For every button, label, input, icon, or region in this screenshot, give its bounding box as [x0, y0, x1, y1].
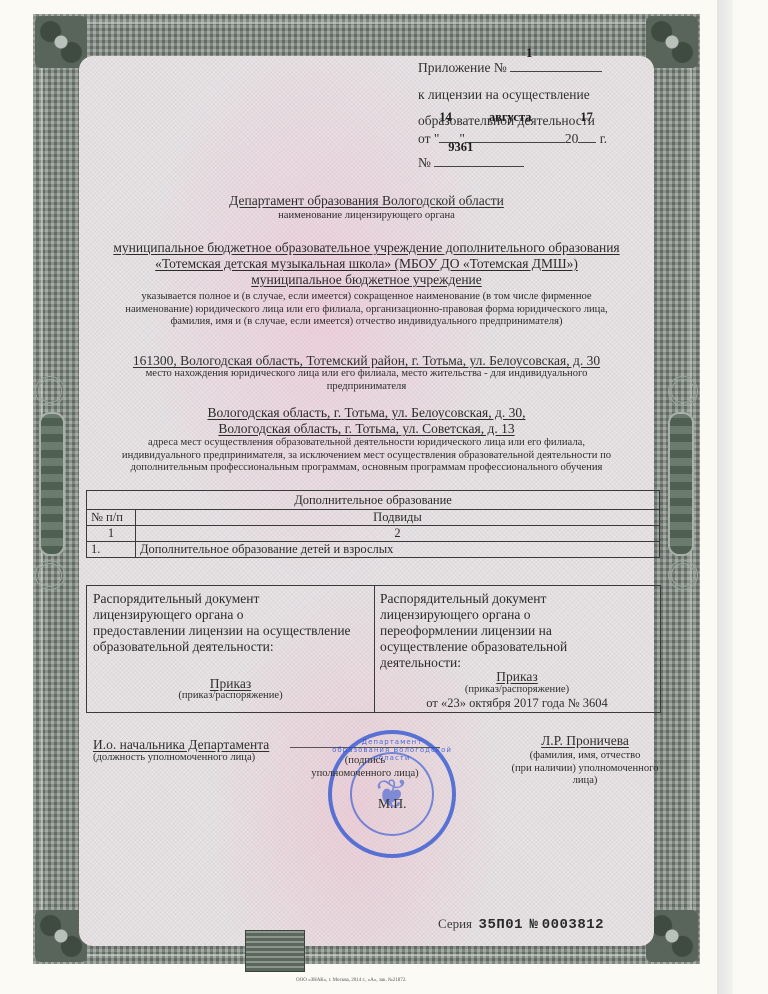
date-year: 17: [580, 111, 593, 124]
date-day: 14: [439, 111, 452, 124]
appendix-line: Приложение № 1: [418, 59, 602, 75]
appendix-number-field: 1: [510, 59, 602, 72]
table-title-row: Дополнительное образование: [87, 491, 660, 510]
order-reissue-type: Приказ: [374, 670, 660, 684]
services-table: Дополнительное образование № п/п Подвиды…: [86, 490, 660, 558]
bottom-ornament-plate: [245, 930, 305, 972]
seal-place-label: М.П.: [378, 797, 407, 811]
official-seal: Департамент образования Вологодской обла…: [328, 730, 456, 858]
order-issue-caption: (приказ/распоряжение): [87, 690, 374, 703]
activity-addresses-caption: адреса мест осуществления образовательно…: [60, 437, 673, 475]
order-reissue-column: Распорядительный документ лицензирующего…: [374, 586, 660, 712]
section-title: Дополнительное образование: [87, 491, 660, 510]
legal-address: 161300, Вологодская область, Тотемский р…: [60, 354, 673, 368]
orders-box: Распорядительный документ лицензирующего…: [86, 585, 661, 713]
license-number-line: № 9361: [418, 155, 524, 170]
table-header-row: № п/п Подвиды: [87, 510, 660, 526]
series-value: 35П01: [479, 917, 524, 933]
scan-edge-strip: [717, 0, 733, 994]
table-index-row: 1 2: [87, 526, 660, 542]
signatory-position-caption: (должность уполномоченного лица): [93, 752, 255, 765]
knot-ornament-icon: [35, 560, 65, 590]
licensing-body-caption: наименование лицензирующего органа: [0, 210, 733, 223]
signature-caption: (подпись уполномоченного лица): [300, 755, 430, 780]
order-issue-column: Распорядительный документ лицензирующего…: [87, 586, 375, 712]
appendix-number: 1: [526, 47, 532, 60]
signatory-position: И.о. начальника Департамента: [93, 738, 269, 752]
order-reissue-date-number: от «23» октября 2017 года № 3604: [374, 697, 660, 710]
table-row: 1. Дополнительное образование детей и вз…: [87, 542, 660, 558]
col-num-header: № п/п: [87, 510, 136, 526]
license-number: 9361: [448, 141, 473, 154]
order-issue-label: Распорядительный документ лицензирующего…: [87, 586, 374, 655]
license-date-line: от "14"августа2017 г.: [418, 131, 607, 146]
organization-name: муниципальное бюджетное образовательное …: [60, 240, 673, 288]
form-number: 0003812: [542, 917, 604, 933]
appendix-label: Приложение №: [418, 60, 507, 75]
corner-ornament-icon: [35, 16, 87, 68]
printer-note: ООО «ЗНАК», г. Москва, 2014 г., «А», зак…: [296, 978, 406, 983]
signatory-name: Л.Р. Проничева: [500, 734, 670, 748]
order-reissue-caption: (приказ/распоряжение): [374, 684, 660, 697]
order-reissue-label: Распорядительный документ лицензирующего…: [374, 586, 660, 671]
activity-addresses: Вологодская область, г. Тотьма, ул. Бело…: [60, 405, 673, 437]
form-series: Серия 35П01 № 0003812: [438, 916, 604, 933]
organization-caption: указывается полное и (в случае, если име…: [60, 291, 673, 329]
signatory-name-caption: (фамилия, имя, отчество (при наличии) уп…: [500, 750, 670, 788]
col-subtype-header: Подвиды: [136, 510, 660, 526]
corner-ornament-icon: [646, 16, 698, 68]
license-line: к лицензии на осуществление: [418, 88, 590, 102]
licensing-body-name: Департамент образования Вологодской обла…: [0, 194, 733, 208]
knot-ornament-icon: [668, 560, 698, 590]
legal-address-caption: место нахождения юридического лица или е…: [60, 368, 673, 393]
date-month: августа: [489, 111, 532, 124]
order-issue-type: Приказ: [87, 677, 374, 691]
